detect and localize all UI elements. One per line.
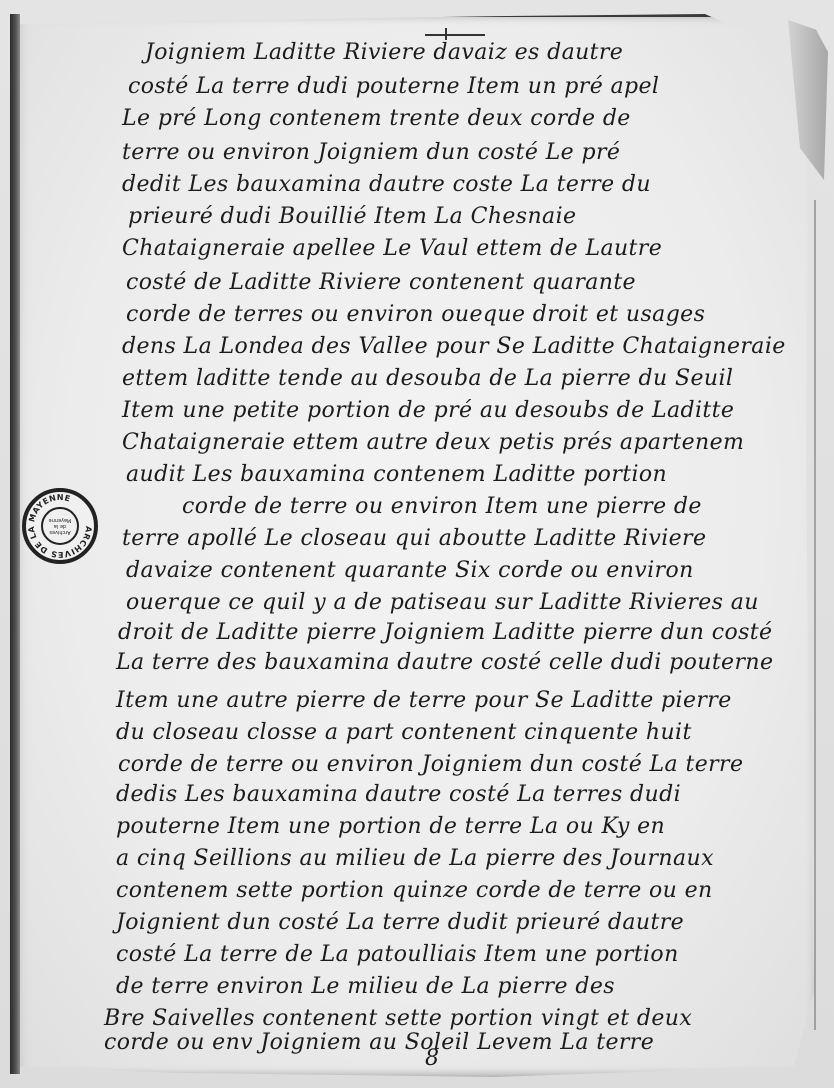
text-line: contenem sette portion quinze corde de t…	[116, 878, 713, 903]
text-line: Joignient dun costé La terre dudit prieu…	[116, 910, 684, 935]
text-line: dedis Les bauxamina dautre costé La terr…	[116, 782, 681, 807]
text-line: Item une autre pierre de terre pour Se L…	[116, 688, 732, 713]
text-line: dedit Les bauxamina dautre coste La terr…	[122, 172, 651, 197]
text-line: pouterne Item une portion de terre La ou…	[116, 814, 665, 839]
text-line: dens La Londea des Vallee pour Se Laditt…	[122, 334, 786, 359]
text-line: Bre Saivelles contenent sette portion vi…	[104, 1006, 692, 1031]
text-line: corde de terres ou environ oueque droit …	[126, 302, 705, 327]
handwritten-text: Joigniem Laditte Riviere davaiz es dautr…	[0, 0, 834, 1088]
text-line: Chataigneraie apellee Le Vaul ettem de L…	[122, 236, 662, 261]
text-line: corde ou env Joigniem au Soleil Levem La…	[104, 1030, 654, 1055]
text-line: audit Les bauxamina contenem Laditte por…	[126, 462, 667, 487]
text-line: costé de Laditte Riviere contenent quara…	[126, 270, 636, 295]
text-line: terre apollé Le closeau qui aboutte Ladi…	[122, 526, 706, 551]
text-line: terre ou environ Joigniem dun costé Le p…	[122, 140, 620, 165]
text-line: corde de terre ou environ Joigniem dun c…	[118, 752, 743, 777]
text-line: ouerque ce quil y a de patiseau sur Ladi…	[126, 590, 759, 615]
text-line: ettem laditte tende au desouba de La pie…	[122, 366, 733, 391]
text-line: costé La terre de La patoulliais Item un…	[116, 942, 679, 967]
stamp-center: Archives de la Mayenne	[41, 507, 79, 545]
text-line: davaize contenent quarante Six corde ou …	[126, 558, 694, 583]
stamp-center-line: Mayenne	[49, 517, 72, 523]
text-line: droit de Laditte pierre Joigniem Laditte…	[118, 620, 772, 645]
text-line: Joigniem Laditte Riviere davaiz es dautr…	[145, 40, 623, 65]
text-line: Le pré Long contenem trente deux corde d…	[122, 106, 631, 131]
stamp-center-line: Archives	[49, 529, 70, 535]
page-number: 8	[425, 1046, 439, 1071]
text-line: costé La terre dudi pouterne Item un pré…	[128, 74, 659, 99]
text-line: du closeau closse a part contenent cinqu…	[116, 720, 692, 745]
text-line: prieuré dudi Bouillié Item La Chesnaie	[128, 204, 576, 229]
text-line: a cinq Seillions au milieu de La pierre …	[116, 846, 714, 871]
text-line: Item une petite portion de pré au desoub…	[122, 398, 734, 423]
text-line: Chataigneraie ettem autre deux petis pré…	[122, 430, 744, 455]
text-line: corde de terre ou environ Item une pierr…	[182, 494, 702, 519]
scanned-document: Joigniem Laditte Riviere davaiz es dautr…	[0, 0, 834, 1088]
text-line: de terre environ Le milieu de La pierre …	[116, 974, 615, 999]
archive-stamp: ARCHIVES DE LA MAYENNE Archives de la Ma…	[22, 488, 98, 564]
text-line: La terre des bauxamina dautre costé cell…	[116, 650, 773, 675]
stamp-center-line: de la	[54, 523, 66, 529]
